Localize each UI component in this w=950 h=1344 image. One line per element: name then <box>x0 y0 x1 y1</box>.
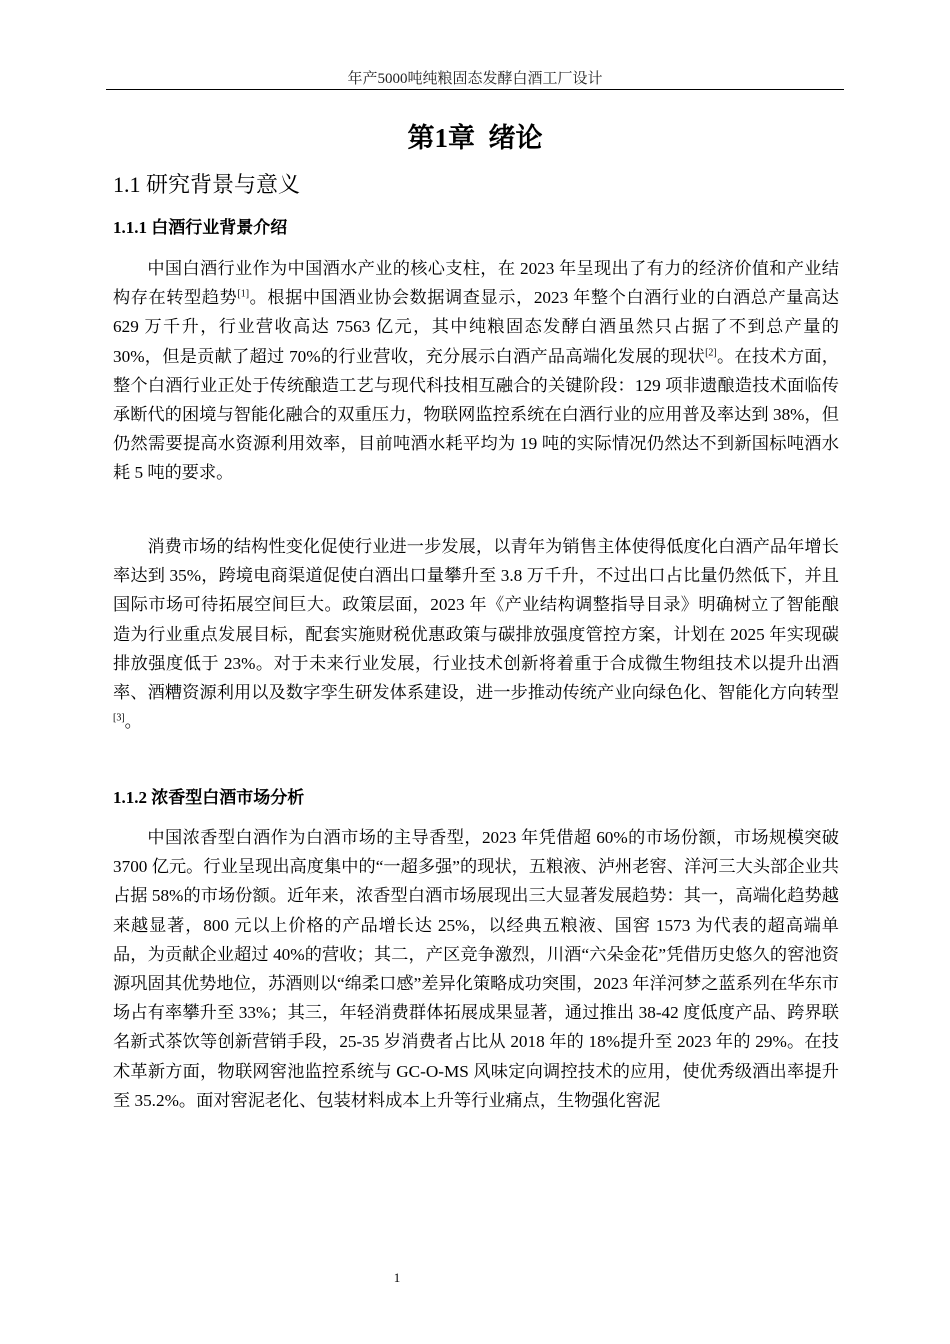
header-rule <box>106 89 844 90</box>
paragraph-text: 。在技术方面，整个白酒行业正处于传统酿造工艺与现代科技相互融合的关键阶段：129… <box>113 347 839 483</box>
paragraph-text: 中国浓香型白酒作为白酒市场的主导香型，2023 年凭借超 60%的市场份额，市场… <box>113 828 839 1110</box>
chapter-title: 第1章 绪论 <box>106 120 844 156</box>
paragraph-luzhou-flavor-market: 中国浓香型白酒作为白酒市场的主导香型，2023 年凭借超 60%的市场份额，市场… <box>113 823 839 1115</box>
paragraph-text: 消费市场的结构性变化促使行业进一步发展，以青年为销售主体使得低度化白酒产品年增长… <box>113 537 839 702</box>
paragraph-consumer-market: 消费市场的结构性变化促使行业进一步发展，以青年为销售主体使得低度化白酒产品年增长… <box>113 532 839 736</box>
page-number: 1 <box>390 1270 404 1286</box>
citation-2: [2] <box>705 347 717 358</box>
subsection-heading-1-1-2: 1.1.2 浓香型白酒市场分析 <box>113 786 304 810</box>
paragraph-text: 。 <box>125 712 142 731</box>
citation-1: [1] <box>237 288 249 299</box>
citation-3: [3] <box>113 712 125 723</box>
running-header: 年产5000吨纯粮固态发酵白酒工厂设计 <box>106 70 844 88</box>
section-heading-1-1: 1.1 研究背景与意义 <box>113 170 300 200</box>
document-page: 年产5000吨纯粮固态发酵白酒工厂设计 第1章 绪论 1.1 研究背景与意义 1… <box>0 0 950 1344</box>
subsection-heading-1-1-1: 1.1.1 白酒行业背景介绍 <box>113 216 287 240</box>
paragraph-industry-background: 中国白酒行业作为中国酒水产业的核心支柱，在 2023 年呈现出了有力的经济价值和… <box>113 254 839 488</box>
